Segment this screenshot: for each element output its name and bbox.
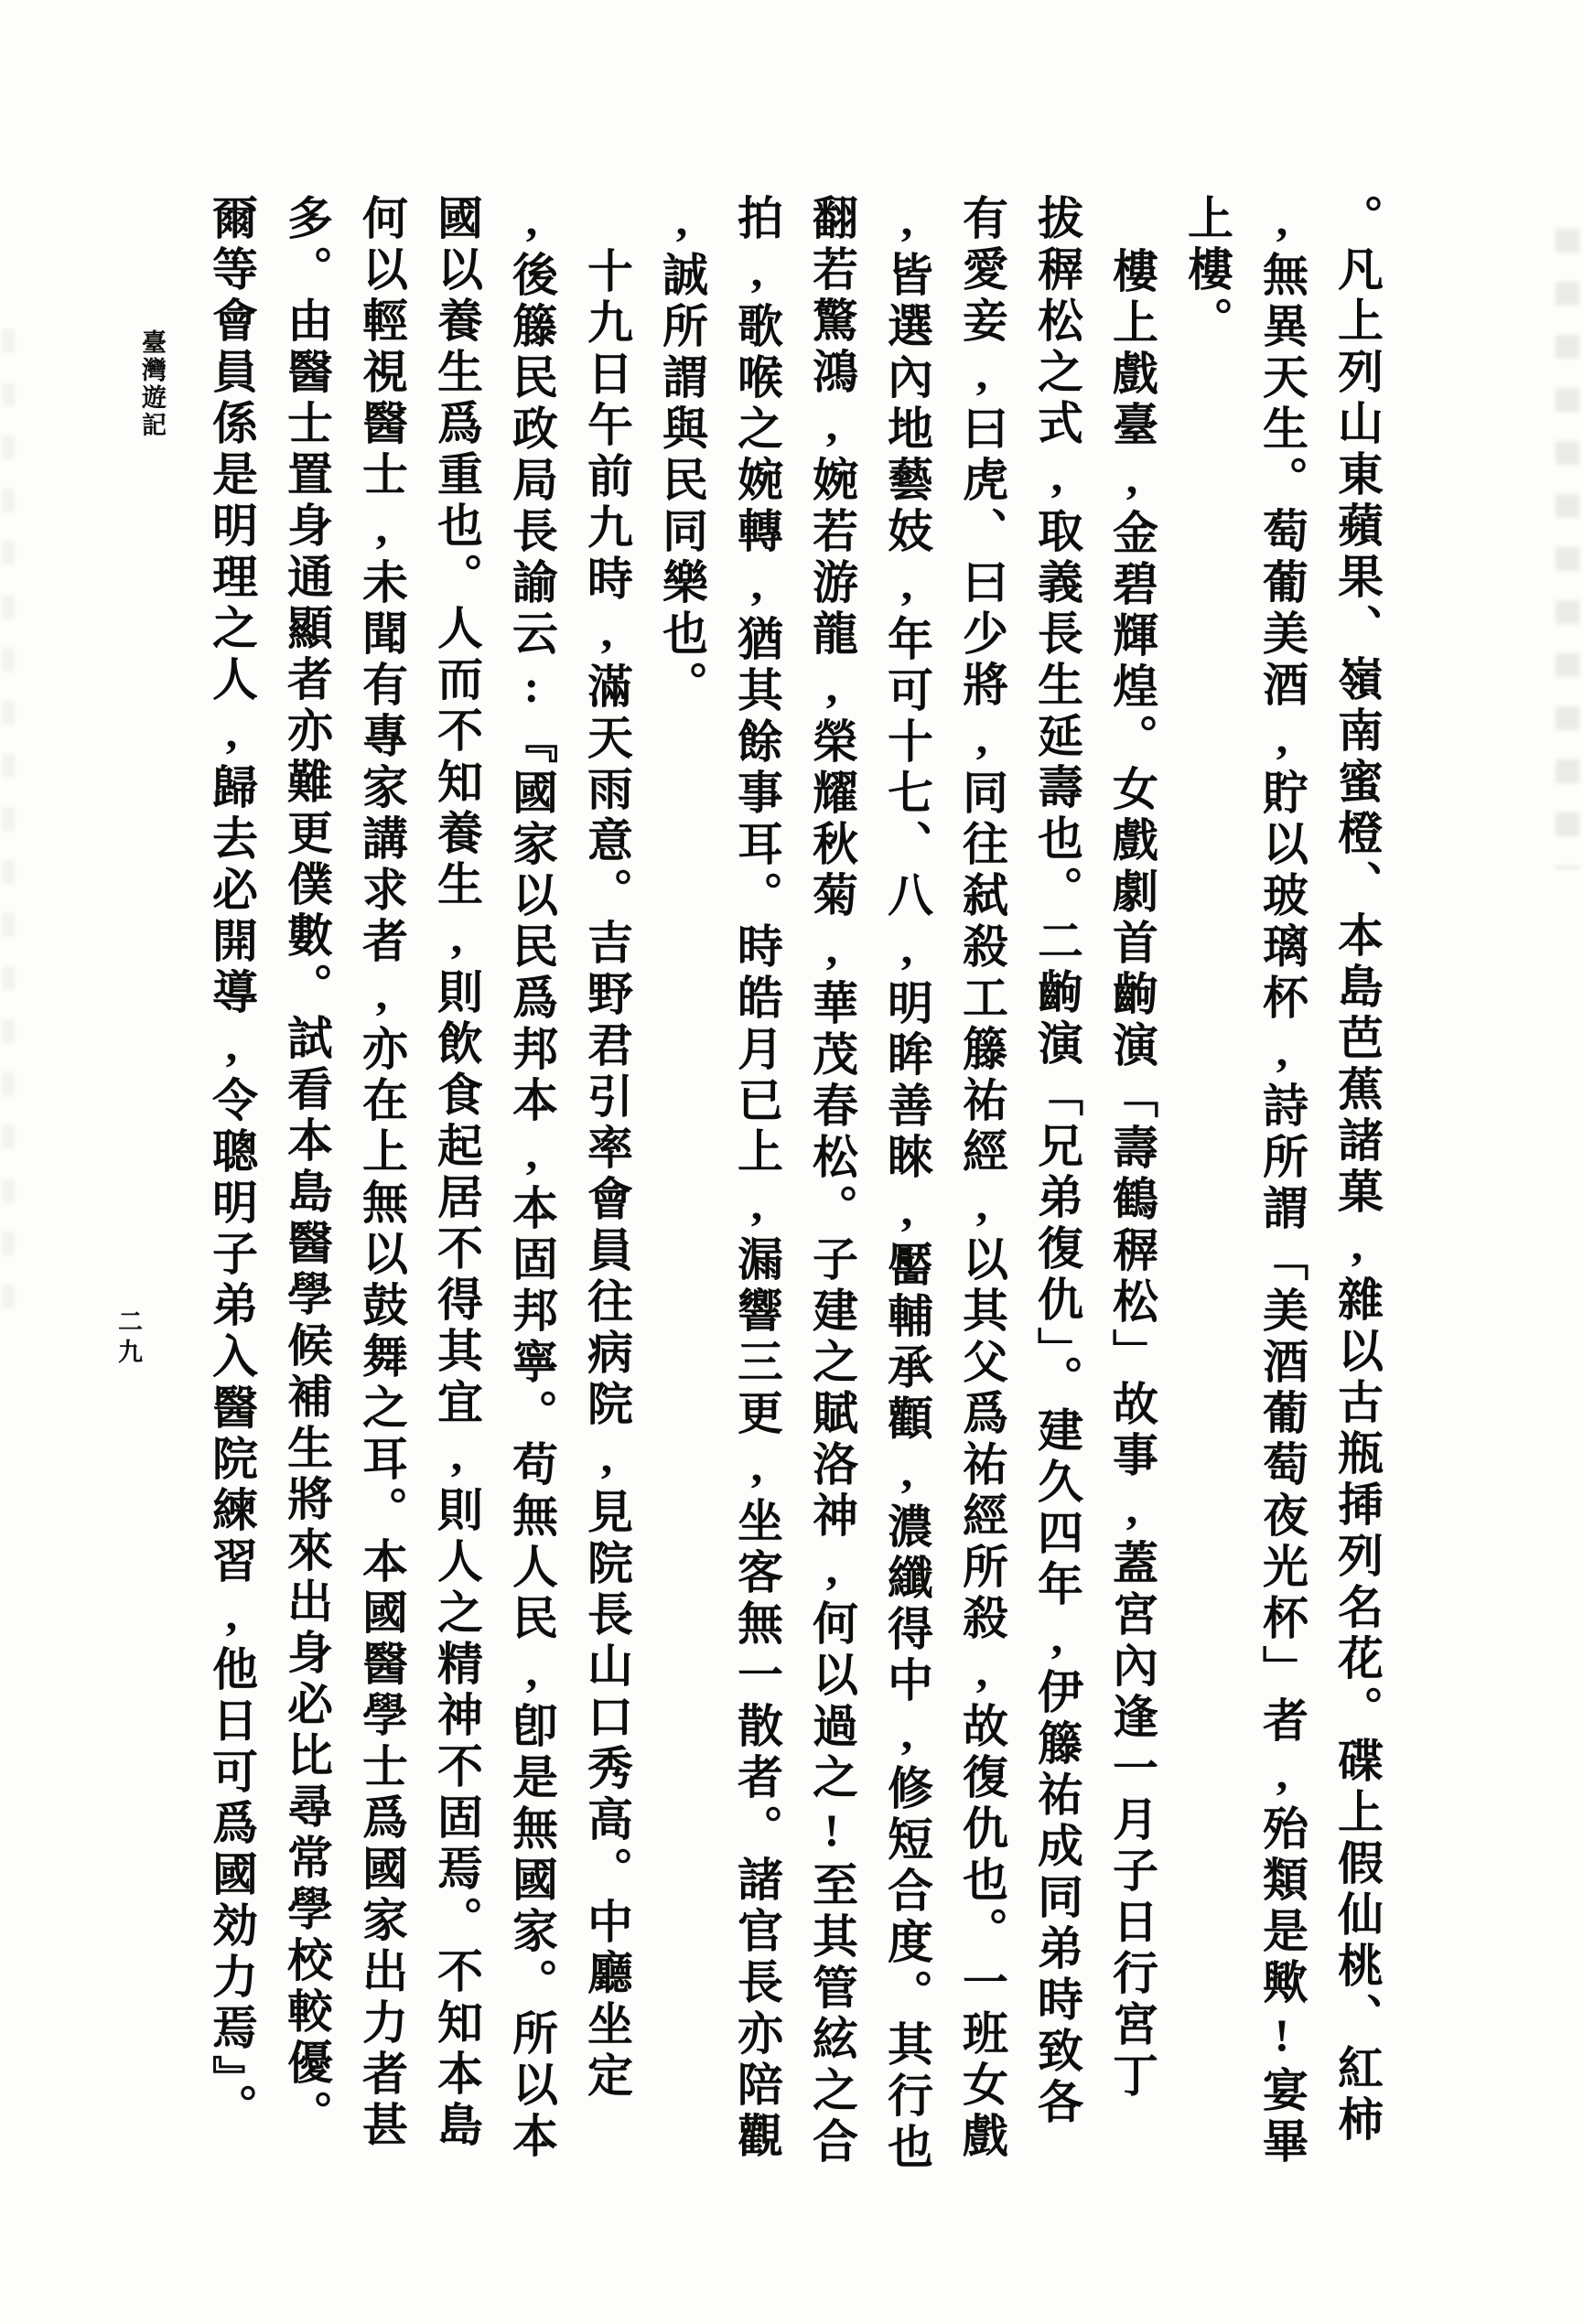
text-column: 有愛妾,曰虎、曰少將,同往弑殺工籐祐經,以其父爲祐經所殺,故復仇也。一班女戲 [944,194,1019,2234]
text-column: 樓上戲臺,金碧輝煌。女戲劇首齣演「壽鶴稺松」故事,蓋宮內逢一月子日行宮丁 [1094,194,1169,2234]
text-column: ,後籐民政局長諭云:『國家以民爲邦本,本固邦寧。苟無人民,卽是無國家。所以本 [494,194,569,2234]
page-text-block: 。凡上列山東蘋果、嶺南蜜橙、本島芭蕉諸菓,雜以古瓶揷列名花。碟上假仙桃、紅柿 ,… [194,194,1395,2234]
text-column: 多。由醫士置身通顯者亦難更僕數。試看本島醫學候補生將來出身必比尋常學校較優。 [269,194,344,2234]
bleedthrough-artifact [2,329,15,1336]
running-title: 臺灣遊記 [134,329,170,439]
text-column: ,誠所謂與民同樂也。 [644,194,719,2234]
text-column: 爾等會員係是明理之人,歸去必開導,令聰明子弟入醫院練習,他日可爲國効力焉』。 [194,194,269,2234]
text-column: 。凡上列山東蘋果、嶺南蜜橙、本島芭蕉諸菓,雜以古瓶揷列名花。碟上假仙桃、紅柿 [1319,194,1395,2234]
bleedthrough-artifact [1556,229,1579,869]
text-column: 翻若驚鴻,婉若游龍,榮耀秋菊,華茂春松。子建之賦洛神,何以過之!至其管絃之合 [794,194,869,2234]
page-number: 二九 [110,1308,146,1369]
book-page: 。凡上列山東蘋果、嶺南蜜橙、本島芭蕉諸菓,雜以古瓶揷列名花。碟上假仙桃、紅柿 ,… [0,0,1583,2324]
text-column: 上樓。 [1169,194,1244,2234]
text-column: ,無異天生。萄葡美酒,貯以玻璃杯,詩所謂「美酒葡萄夜光杯」者,殆類是歟!宴畢 [1244,194,1319,2234]
text-column: ,皆選內地藝妓,年可十七、八,明眸善睞,靨輔承顴,濃纖得中,修短合度。其行也 [869,194,944,2234]
text-column: 拍,歌喉之婉轉,猶其餘事耳。時皓月已上,漏響三更,坐客無一散者。諸官長亦陪觀 [719,194,794,2234]
text-column: 國以養生爲重也。人而不知養生,則飲食起居不得其宜,則人之精神不固焉。不知本島 [419,194,494,2234]
text-column: 拔稺松之式,取義長生延壽也。二齣演「兄弟復仇」。建久四年,伊籐祐成同弟時致各 [1019,194,1094,2234]
text-column: 何以輕視醫士,未聞有專家講求者,亦在上無以鼓舞之耳。本國醫學士爲國家出力者甚 [344,194,419,2234]
text-column: 十九日午前九時,滿天雨意。吉野君引率會員往病院,見院長山口秀高。中廳坐定 [569,194,644,2234]
